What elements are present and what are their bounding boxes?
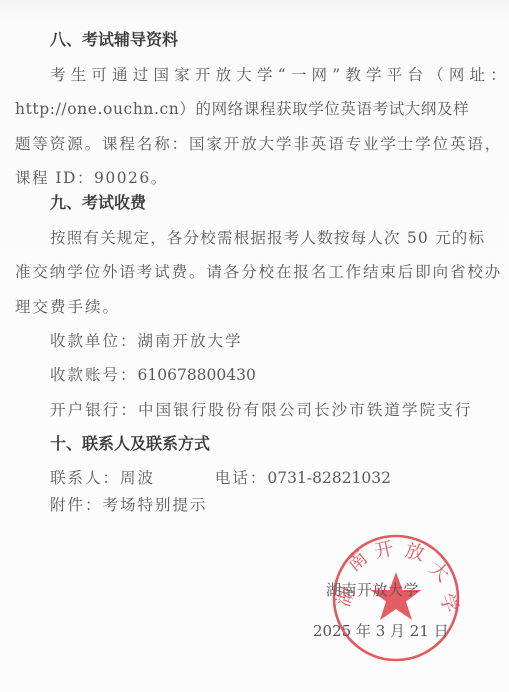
payee-value: 湖南开放大学 — [138, 332, 243, 350]
document-page: 八、考试辅导资料 考生可通过国家开放大学“一网”教学平台（网址： http://… — [0, 0, 509, 692]
svg-text:放: 放 — [403, 540, 427, 566]
svg-text:南: 南 — [343, 547, 372, 576]
section-heading-8: 八、考试辅导资料 — [50, 30, 178, 50]
svg-text:大: 大 — [425, 557, 454, 586]
contact-person-label: 联系人： — [50, 469, 120, 487]
course-id-line: 课程 ID：90026。 — [15, 168, 168, 188]
paragraph-line: 题等资源。课程名称：国家开放大学非英语专业学士学位英语， — [15, 134, 502, 154]
contact-person: 周波 — [120, 469, 155, 487]
paragraph-line: 准交纳学位外语考试费。请各分校在报名工作结束后即向省校办 — [15, 262, 502, 282]
signature-org: 湖南开放大学 — [326, 580, 419, 600]
account-line: 收款账号：610678800430 — [50, 365, 256, 385]
paragraph-line-url: http://one.ouchn.cn）的网络课程获取学位英语考试大纲及样 — [15, 99, 469, 119]
contact-phone-label: 电话： — [215, 469, 268, 487]
bank-line: 开户银行：中国银行股份有限公司长沙市铁道学院支行 — [50, 400, 472, 420]
section-heading-10: 十、联系人及联系方式 — [50, 434, 210, 454]
svg-text:学: 学 — [435, 591, 462, 616]
paragraph-line: 按照有关规定，各分校需根据报考人数按每人次 50 元的标 — [50, 228, 485, 248]
svg-text:开: 开 — [372, 537, 395, 562]
bank-value: 中国银行股份有限公司长沙市铁道学院支行 — [138, 401, 472, 419]
bank-label: 开户银行： — [50, 401, 138, 419]
contact-line: 联系人：周波 电话：0731-82821032 — [50, 468, 391, 488]
attachment-line: 附件：考场特别提示 — [50, 495, 208, 515]
account-value: 610678800430 — [138, 366, 256, 384]
payee-label: 收款单位： — [50, 332, 138, 350]
paragraph-line: 考生可通过国家开放大学“一网”教学平台（网址： — [50, 65, 509, 85]
payee-line: 收款单位：湖南开放大学 — [50, 331, 243, 351]
signature-date: 2025 年 3 月 21 日 — [313, 621, 449, 641]
section-heading-9: 九、考试收费 — [50, 193, 146, 213]
account-label: 收款账号： — [50, 366, 138, 384]
paragraph-line: 理交费手续。 — [15, 297, 120, 317]
contact-phone: 0731-82821032 — [267, 469, 391, 487]
